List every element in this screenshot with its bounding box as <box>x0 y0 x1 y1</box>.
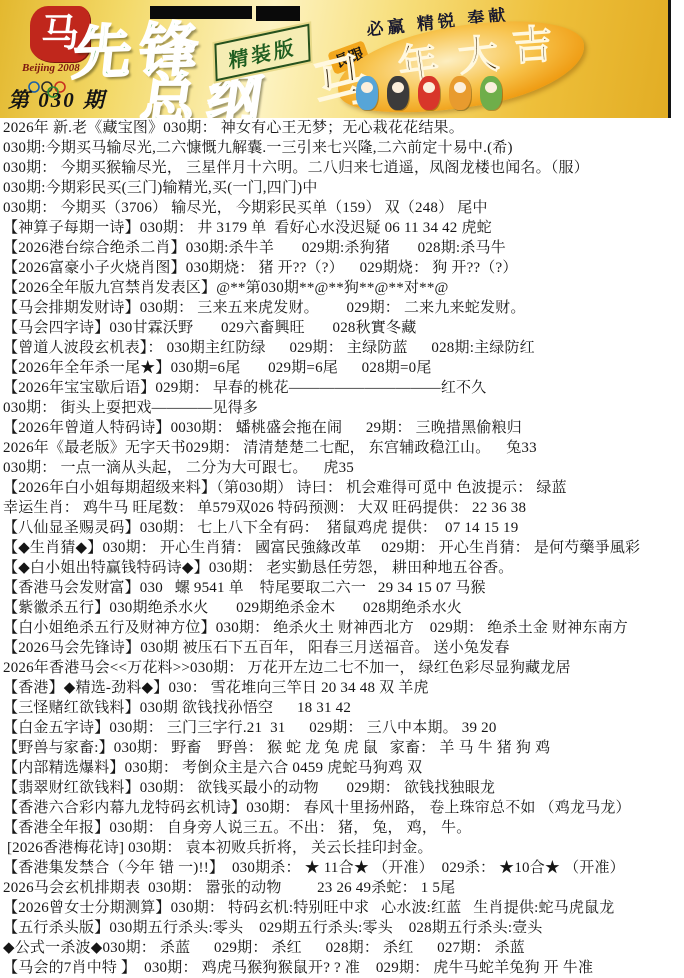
report-line: 030期:今期买马输尽光,二六慷慨九解囊.一三引来七兴隆,二六前定十易中.(希) <box>3 138 684 158</box>
report-line: [2026香港梅花诗] 030期： 袁本初败兵折将， 关云长挂印封金。 <box>3 838 684 858</box>
report-line: 【马会的7肖中特 】 030期： 鸡虎马猴狗猴鼠开? ? 准 029期： 虎牛马… <box>3 958 684 978</box>
report-line: 【2026马会先锋诗】030期 被压石下五百年， 阳春三月送福音。 送小兔发春 <box>3 638 684 658</box>
report-line: 【马会排期发财诗】030期： 三来五来虎发财。 029期： 二来九来蛇发财。 <box>3 298 684 318</box>
report-line: 2026年香港马会<<万花料>>030期： 万花开左边二七不加一， 绿红色彩尽显… <box>3 658 684 678</box>
lottery-tip-sheet: 马 Beijing 2008 先锋 总纲 第 030 期 精装版 必赢 精锐 奉… <box>0 0 684 978</box>
report-line: 【香港六合彩内幕九龙特码玄机诗】030期： 春风十里扬州路， 卷上珠帘总不如 （… <box>3 798 684 818</box>
report-body: 2026年 新.老《藏宝图》030期： 神女有心王无梦；无心栽花花结果。030期… <box>0 118 684 978</box>
fuwa-mascot-icon <box>449 76 471 110</box>
report-line: 【2026年白小姐每期超级来料】（第030期） 诗曰： 机会难得可觅中 色波提示… <box>3 478 684 498</box>
report-line: 【2026年宝宝歇后语】029期： 早春的桃花——————————红不久 <box>3 378 684 398</box>
report-line: 【翡翠财红欲钱料】030期： 欲钱买最小的动物 029期： 欲钱找独眼龙 <box>3 778 684 798</box>
fuwa-mascot-icon <box>418 76 440 110</box>
report-line: 【2026港台综合绝杀二肖】030期:杀牛羊 029期:杀狗猪 028期:杀马牛 <box>3 238 684 258</box>
report-line: 【2026曾女士分期测算】030期： 特码玄机:特别旺中求 心水波:红蓝 生肖提… <box>3 898 684 918</box>
masthead-banner: 马 Beijing 2008 先锋 总纲 第 030 期 精装版 必赢 精锐 奉… <box>0 0 671 118</box>
report-line: 030期:今期彩民买(三门)输精光,买(一门,四门)中 <box>3 178 684 198</box>
report-line: 幸运生肖： 鸡牛马 旺尾数： 单579双026 特码预测： 大双 旺码提供： 2… <box>3 498 684 518</box>
report-line: 【白金五字诗】030期： 三门三字行.21 31 029期： 三八中本期。 39… <box>3 718 684 738</box>
report-line: 030期： 今期买（3706） 输尽光， 今期彩民买单（159） 双（248） … <box>3 198 684 218</box>
fuwa-mascot-icon <box>356 76 378 110</box>
report-line: 【2026全年版九宫禁肖发表区】@**第030期**@**狗**@**对**@ <box>3 278 684 298</box>
report-line: 030期： 街头上耍把戏————见得多 <box>3 398 684 418</box>
report-line: 【◆生肖猜◆】030期： 开心生肖猜： 國富民強緣改革 029期： 开心生肖猜：… <box>3 538 684 558</box>
report-line: 【八仙显圣赐灵码】030期： 七上八下全有码： 猪鼠鸡虎 提供： 07 14 1… <box>3 518 684 538</box>
report-line: 【五行杀头版】030期五行杀头:零头 029期五行杀头:零头 028期五行杀头:… <box>3 918 684 938</box>
report-line: 【马会四字诗】030甘霖沃野 029六畜興旺 028秋實冬藏 <box>3 318 684 338</box>
report-line: 2026年《最老版》无字天书029期： 清清楚楚二七配， 东宫辅政稳江山。 兔3… <box>3 438 684 458</box>
report-line: 【野兽与家畜:】030期： 野畜 野兽： 猴 蛇 龙 兔 虎 鼠 家畜： 羊 马… <box>3 738 684 758</box>
report-line: 2026马会玄机排期表 030期： 嚣张的动物 23 26 49杀蛇： 1 5尾 <box>3 878 684 898</box>
report-line: 【紫徽杀五行】030期绝杀水火 029期绝杀金木 028期绝杀水火 <box>3 598 684 618</box>
report-line: 【2026年曾道人特码诗】0030期： 蟠桃盛会拖在闹 29期： 三晚措黑偷粮归 <box>3 418 684 438</box>
report-line: 【香港集发禁合（今年 错 一)!!】 030期杀： ★ 11合★ （开准） 02… <box>3 858 684 878</box>
report-line: 【2026年全年杀一尾★】030期=6尾 029期=6尾 028期=0尾 <box>3 358 684 378</box>
greeting-text: 马年大吉 <box>0 0 668 118</box>
report-line: 【香港马会发财富】030 螺 9541 单 特尾要取二六一 29 34 15 0… <box>3 578 684 598</box>
report-line: ◆公式一杀波◆030期： 杀蓝 029期： 杀红 028期： 杀红 027期： … <box>3 938 684 958</box>
report-line: 【香港全年报】030期： 自身旁人说三五。不出： 猪， 兔， 鸡， 牛。 <box>3 818 684 838</box>
fuwa-mascot-icon <box>387 76 409 110</box>
report-line: 【2026富豪小子火烧肖图】030期烧： 猪 开??（?） 029期烧： 狗 开… <box>3 258 684 278</box>
report-line: 【神算子每期一诗】030期： 井 3179 单 看好心水没迟疑 06 11 34… <box>3 218 684 238</box>
report-line: 【白小姐绝杀五行及财神方位】030期： 绝杀火土 财神西北方 029期： 绝杀土… <box>3 618 684 638</box>
report-line: 【曾道人波段玄机表】： 030期主红防绿 029期： 主绿防蓝 028期:主绿防… <box>3 338 684 358</box>
report-line: 2026年 新.老《藏宝图》030期： 神女有心王无梦；无心栽花花结果。 <box>3 118 684 138</box>
report-line: 【三怪赌红欲钱料】030期 欲钱找孙悟空 18 31 42 <box>3 698 684 718</box>
report-line: 030期： 一点一滴从头起， 二分为大可跟七。 虎35 <box>3 458 684 478</box>
report-line: 【◆白小姐出特赢钱特码诗◆】030期： 老实勤恳任劳怨， 耕田种地五谷香。 <box>3 558 684 578</box>
fuwa-mascot-icon <box>480 76 502 110</box>
report-line: 【香港】◆精选-劲料◆】030： 雪花堆向三竿日 20 34 48 双 羊虎 <box>3 678 684 698</box>
report-line: 030期： 今期买猴输尽光， 三星伴月十六明。二八归来七逍遥，凤阁龙楼也闻名。（… <box>3 158 684 178</box>
fuwa-mascots <box>356 76 502 110</box>
report-line: 【内部精选爆料】030期： 考倒众主是六合 0459 虎蛇马狗鸡 双 <box>3 758 684 778</box>
